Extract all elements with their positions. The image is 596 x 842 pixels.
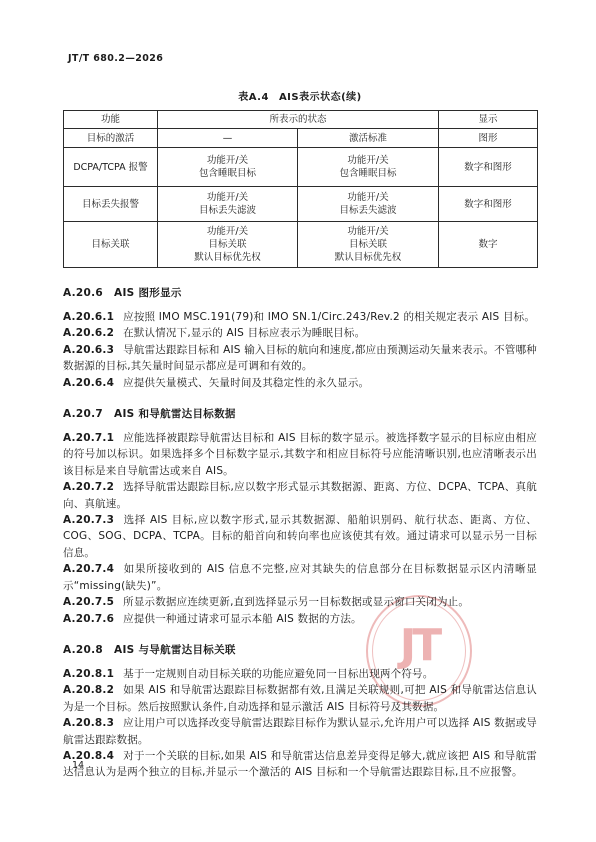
- cell-state-a: 功能开/关 目标关联 默认目标优先权: [158, 222, 298, 268]
- section-heading-a20-8: A.20.8AIS 与导航雷达目标关联: [63, 642, 537, 657]
- cell-display: 数字: [439, 222, 538, 268]
- clause-a20-7-2: A.20.7.2选择导航雷达跟踪目标,应以数字形式显示其数据源、距离、方位、DC…: [63, 479, 537, 512]
- cell-display: 图形: [439, 129, 538, 148]
- table-header-row: 功能 所表示的状态 显示: [64, 111, 538, 129]
- standard-number-header: JT/T 680.2—2026: [68, 53, 163, 64]
- cell-display: 数字和图形: [439, 148, 538, 187]
- clause-a20-7-4: A.20.7.4如果所接收到的 AIS 信息不完整,应对其缺失的信息部分在目标数…: [63, 561, 537, 594]
- section-heading-a20-7: A.20.7AIS 和导航雷达目标数据: [63, 406, 537, 421]
- cell-state-b: 激活标准: [298, 129, 439, 148]
- cell-state-b: 功能开/关 目标关联 默认目标优先权: [298, 222, 439, 268]
- header-state: 所表示的状态: [158, 111, 439, 129]
- page-number: 14: [72, 760, 84, 771]
- header-function: 功能: [64, 111, 158, 129]
- cell-function: 目标的激活: [64, 129, 158, 148]
- clause-a20-7-6: A.20.7.6应提供一种通过请求可显示本船 AIS 数据的方法。: [63, 611, 537, 627]
- clause-a20-8-3: A.20.8.3应让用户可以选择改变导航雷达跟踪目标作为默认显示,允许用户可以选…: [63, 715, 537, 748]
- cell-function: DCPA/TCPA 报警: [64, 148, 158, 187]
- cell-state-a: —: [158, 129, 298, 148]
- page-content: 表A.4AIS表示状态(续) 功能 所表示的状态 显示 目标的激活 — 激活标准…: [63, 88, 537, 781]
- table-title: 表A.4AIS表示状态(续): [63, 88, 537, 103]
- table-row: 目标关联 功能开/关 目标关联 默认目标优先权 功能开/关 目标关联 默认目标优…: [64, 222, 538, 268]
- clause-a20-7-1: A.20.7.1应能选择被跟踪导航雷达目标和 AIS 目标的数字显示。被选择数字…: [63, 430, 537, 479]
- cell-state-a: 功能开/关 目标丢失滤波: [158, 187, 298, 222]
- clause-a20-6-4: A.20.6.4应提供矢量模式、矢量时间及其稳定性的永久显示。: [63, 375, 537, 391]
- cell-state-a: 功能开/关 包含睡眠目标: [158, 148, 298, 187]
- cell-function: 目标关联: [64, 222, 158, 268]
- clause-a20-6-3: A.20.6.3导航雷达跟踪目标和 AIS 输入目标的航向和速度,都应由预测运动…: [63, 342, 537, 375]
- ais-status-table: 功能 所表示的状态 显示 目标的激活 — 激活标准 图形 DCPA/TCPA 报…: [63, 110, 538, 268]
- table-row: DCPA/TCPA 报警 功能开/关 包含睡眠目标 功能开/关 包含睡眠目标 数…: [64, 148, 538, 187]
- clause-a20-6-2: A.20.6.2在默认情况下,显示的 AIS 目标应表示为睡眠目标。: [63, 325, 537, 341]
- clause-a20-7-3: A.20.7.3选择 AIS 目标,应以数字形式,显示其数据源、船舶识别码、航行…: [63, 512, 537, 561]
- clause-a20-8-4: A.20.8.4对于一个关联的目标,如果 AIS 和导航雷达信息差异变得足够大,…: [63, 748, 537, 781]
- cell-state-b: 功能开/关 包含睡眠目标: [298, 148, 439, 187]
- cell-function: 目标丢失报警: [64, 187, 158, 222]
- cell-display: 数字和图形: [439, 187, 538, 222]
- section-heading-a20-6: A.20.6AIS 图形显示: [63, 285, 537, 300]
- clause-a20-8-1: A.20.8.1基于一定规则自动目标关联的功能应避免同一目标出现两个符号。: [63, 666, 537, 682]
- clause-a20-8-2: A.20.8.2如果 AIS 和导航雷达跟踪目标数据都有效,且满足关联规则,可把…: [63, 682, 537, 715]
- table-row: 目标丢失报警 功能开/关 目标丢失滤波 功能开/关 目标丢失滤波 数字和图形: [64, 187, 538, 222]
- cell-state-b: 功能开/关 目标丢失滤波: [298, 187, 439, 222]
- table-row: 目标的激活 — 激活标准 图形: [64, 129, 538, 148]
- document-page: JT/T 680.2—2026 JT 表A.4AIS表示状态(续) 功能 所表示…: [0, 0, 596, 842]
- table-title-name: AIS表示状态(续): [279, 92, 362, 103]
- clause-a20-6-1: A.20.6.1应按照 IMO MSC.191(79)和 IMO SN.1/Ci…: [63, 309, 537, 325]
- table-title-label: 表A.4: [238, 92, 269, 103]
- clause-a20-7-5: A.20.7.5所显示数据应连续更新,直到选择显示另一目标数据或显示窗口关闭为止…: [63, 594, 537, 610]
- header-display: 显示: [439, 111, 538, 129]
